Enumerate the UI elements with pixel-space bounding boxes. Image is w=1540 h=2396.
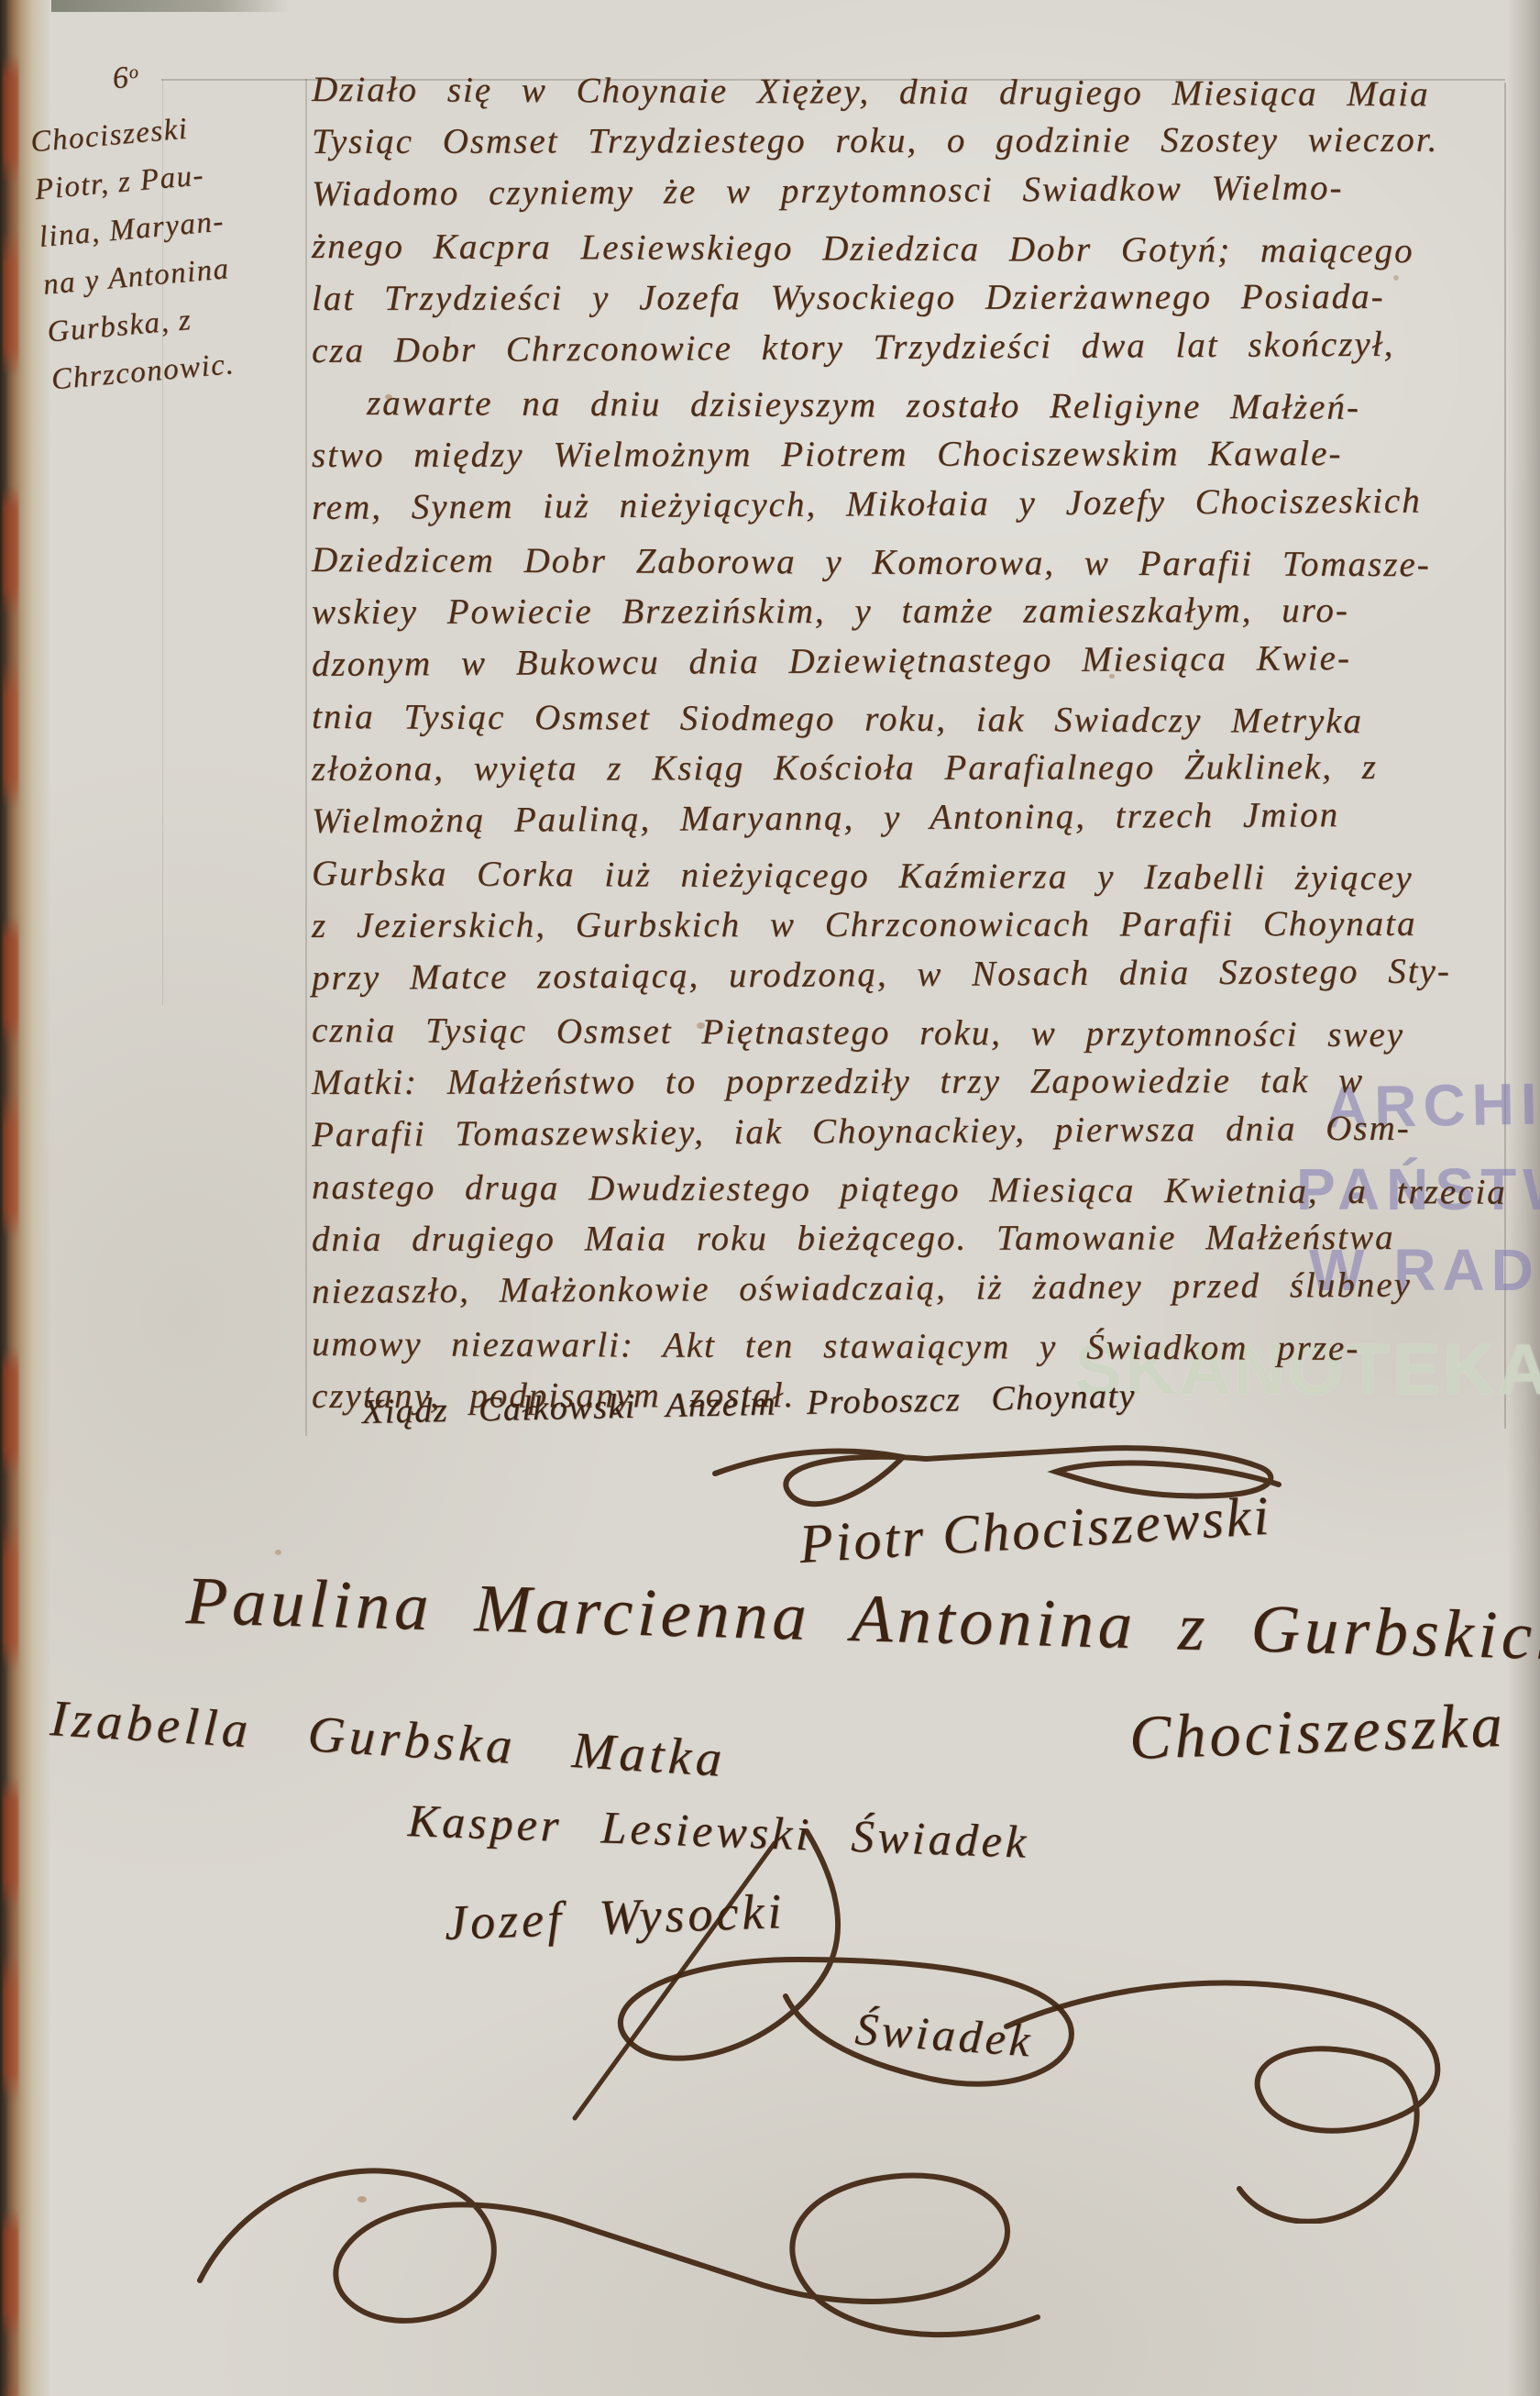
body-line: Wiadomo czyniemy że w przytomnosci Swiad… xyxy=(312,170,1344,212)
body-line: stwo między Wielmożnym Piotrem Chociszew… xyxy=(312,436,1342,473)
body-line: dzonym w Bukowcu dnia Dziewiętnastego Mi… xyxy=(312,640,1351,682)
body-line: zawarte na dniu dzisieyszym zostało Reli… xyxy=(367,385,1360,425)
body-line: Tysiąc Osmset Trzydziestego roku, o godz… xyxy=(312,122,1438,160)
body-line: cznia Tysiąc Osmset Piętnastego roku, w … xyxy=(312,1012,1404,1053)
body-line: lat Trzydzieści y Jozefa Wysockiego Dzie… xyxy=(312,279,1385,316)
act-number: 6ᵒ xyxy=(111,48,301,95)
body-line: wskiey Powiecie Brzezińskim, y tamże zam… xyxy=(312,592,1349,630)
body-line: niezaszło, Małżonkowie oświadczaią, iż ż… xyxy=(312,1267,1412,1309)
mother-signature: Izabella Gurbska Matka xyxy=(49,1689,728,1789)
body-line: Wielmożną Pauliną, Maryanną, y Antoniną,… xyxy=(312,797,1339,839)
body-line: żnego Kacpra Lesiewskiego Dziedzica Dobr… xyxy=(312,228,1414,269)
ruled-line-right xyxy=(1504,83,1506,1429)
body-line: Gurbska Corka iuż nieżyiącego Kaźmierza … xyxy=(312,856,1413,896)
page-top-edge xyxy=(51,0,290,12)
marbled-edge-decoration xyxy=(3,0,18,2396)
bride-signature: Paulina Marcienna Antonina z Gurbskich xyxy=(185,1562,1540,1677)
body-line: umowy niezawarli: Akt ten stawaiącym y Ś… xyxy=(312,1326,1359,1366)
body-line: złożona, wyięta z Ksiąg Kościoła Parafia… xyxy=(312,749,1378,787)
body-line: rem, Synem iuż nieżyiących, Mikołaia y J… xyxy=(312,483,1422,525)
body-line: z Jezierskich, Gurbskich w Chrzconowicac… xyxy=(312,906,1417,944)
body-line: Dziedzicem Dobr Zaborowa y Komorowa, w P… xyxy=(312,542,1431,582)
body-line: cza Dobr Chrzconowice ktory Trzydzieści … xyxy=(312,326,1394,369)
priest-signature-flourish xyxy=(706,1417,1292,1536)
scanned-document-page: ARCHIW PAŃSTW W RADO SKANOTEKA.GE 6ᵒ Cho… xyxy=(0,0,1540,2396)
margin-note: 6ᵒ Chociszeski Piotr, z Pau- lina, Marya… xyxy=(25,48,328,404)
body-line: tnia Tysiąc Osmset Siodmego roku, iak Sw… xyxy=(312,699,1363,739)
body-line: Działo się w Choynaie Xiężey, dnia drugi… xyxy=(312,72,1430,112)
body-line: dnia drugiego Maia roku bieżącego. Tamow… xyxy=(312,1220,1395,1257)
body-line: przy Matce zostaiącą, urodzoną, w Nosach… xyxy=(312,953,1451,996)
body-line: Parafii Tomaszewskiey, iak Choynackiey, … xyxy=(312,1110,1411,1153)
body-line: nastego druga Dwudziestego piątego Miesi… xyxy=(312,1169,1507,1210)
groom-surname-signature: Chociszeszka xyxy=(1128,1689,1507,1774)
body-line: Matki: Małżeństwo to poprzedziły trzy Za… xyxy=(312,1063,1364,1100)
paper-fleck xyxy=(275,1550,281,1555)
bottom-flourish xyxy=(174,2104,1072,2379)
paper-fleck xyxy=(1393,275,1399,281)
